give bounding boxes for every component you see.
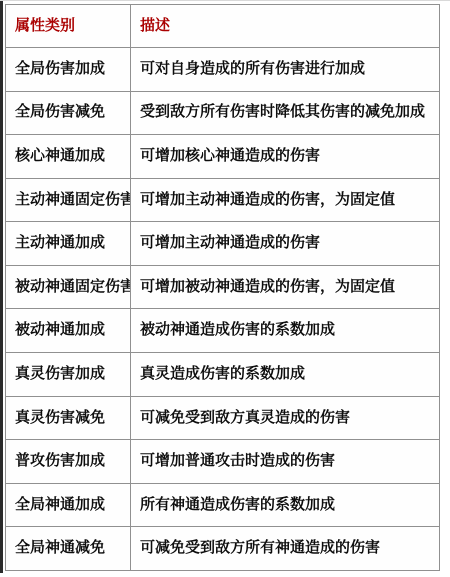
description-cell: 可增加主动神通造成的伤害 (131, 222, 440, 266)
category-cell: 普攻伤害加成 (6, 440, 131, 484)
category-cell: 全局伤害加成 (6, 48, 131, 92)
table-row: 真灵伤害减免 可减免受到敌方真灵造成的伤害 (6, 396, 440, 440)
table-row: 主动神通固定伤害 可增加主动神通造成的伤害，为固定值 (6, 178, 440, 222)
description-cell: 可增加被动神通造成的伤害，为固定值 (131, 265, 440, 309)
header-cell-description: 描述 (131, 5, 440, 48)
category-cell: 主动神通加成 (6, 222, 131, 266)
top-edge-line (0, 0, 450, 1)
table-row: 被动神通固定伤害 可增加被动神通造成的伤害，为固定值 (6, 265, 440, 309)
category-cell: 真灵伤害减免 (6, 396, 131, 440)
table-row: 核心神通加成 可增加核心神通造成的伤害 (6, 135, 440, 179)
category-cell: 全局神通加成 (6, 483, 131, 527)
description-cell: 受到敌方所有伤害时降低其伤害的减免加成 (131, 91, 440, 135)
category-cell: 被动神通固定伤害 (6, 265, 131, 309)
table-row: 普攻伤害加成 可增加普通攻击时造成的伤害 (6, 440, 440, 484)
table-row: 全局伤害减免 受到敌方所有伤害时降低其伤害的减免加成 (6, 91, 440, 135)
attribute-table: 属性类别 描述 全局伤害加成 可对自身造成的所有伤害进行加成 全局伤害减免 受到… (5, 4, 440, 571)
category-cell: 全局神通减免 (6, 527, 131, 571)
category-cell: 主动神通固定伤害 (6, 178, 131, 222)
description-cell: 可增加普通攻击时造成的伤害 (131, 440, 440, 484)
attribute-table-body: 全局伤害加成 可对自身造成的所有伤害进行加成 全局伤害减免 受到敌方所有伤害时降… (6, 48, 440, 571)
table-row: 全局神通加成 所有神通造成伤害的系数加成 (6, 483, 440, 527)
table-row: 真灵伤害加成 真灵造成伤害的系数加成 (6, 353, 440, 397)
description-cell: 可对自身造成的所有伤害进行加成 (131, 48, 440, 92)
category-cell: 被动神通加成 (6, 309, 131, 353)
description-cell: 真灵造成伤害的系数加成 (131, 353, 440, 397)
left-edge-strip (0, 1, 3, 573)
table-header-row: 属性类别 描述 (6, 5, 440, 48)
description-cell: 可减免受到敌方所有神通造成的伤害 (131, 527, 440, 571)
category-cell: 真灵伤害加成 (6, 353, 131, 397)
header-cell-category: 属性类别 (6, 5, 131, 48)
category-cell: 全局伤害减免 (6, 91, 131, 135)
description-cell: 所有神通造成伤害的系数加成 (131, 483, 440, 527)
table-row: 主动神通加成 可增加主动神通造成的伤害 (6, 222, 440, 266)
description-cell: 可减免受到敌方真灵造成的伤害 (131, 396, 440, 440)
description-cell: 被动神通造成伤害的系数加成 (131, 309, 440, 353)
description-cell: 可增加核心神通造成的伤害 (131, 135, 440, 179)
description-cell: 可增加主动神通造成的伤害，为固定值 (131, 178, 440, 222)
table-row: 全局伤害加成 可对自身造成的所有伤害进行加成 (6, 48, 440, 92)
category-cell: 核心神通加成 (6, 135, 131, 179)
table-row: 被动神通加成 被动神通造成伤害的系数加成 (6, 309, 440, 353)
table-row: 全局神通减免 可减免受到敌方所有神通造成的伤害 (6, 527, 440, 571)
